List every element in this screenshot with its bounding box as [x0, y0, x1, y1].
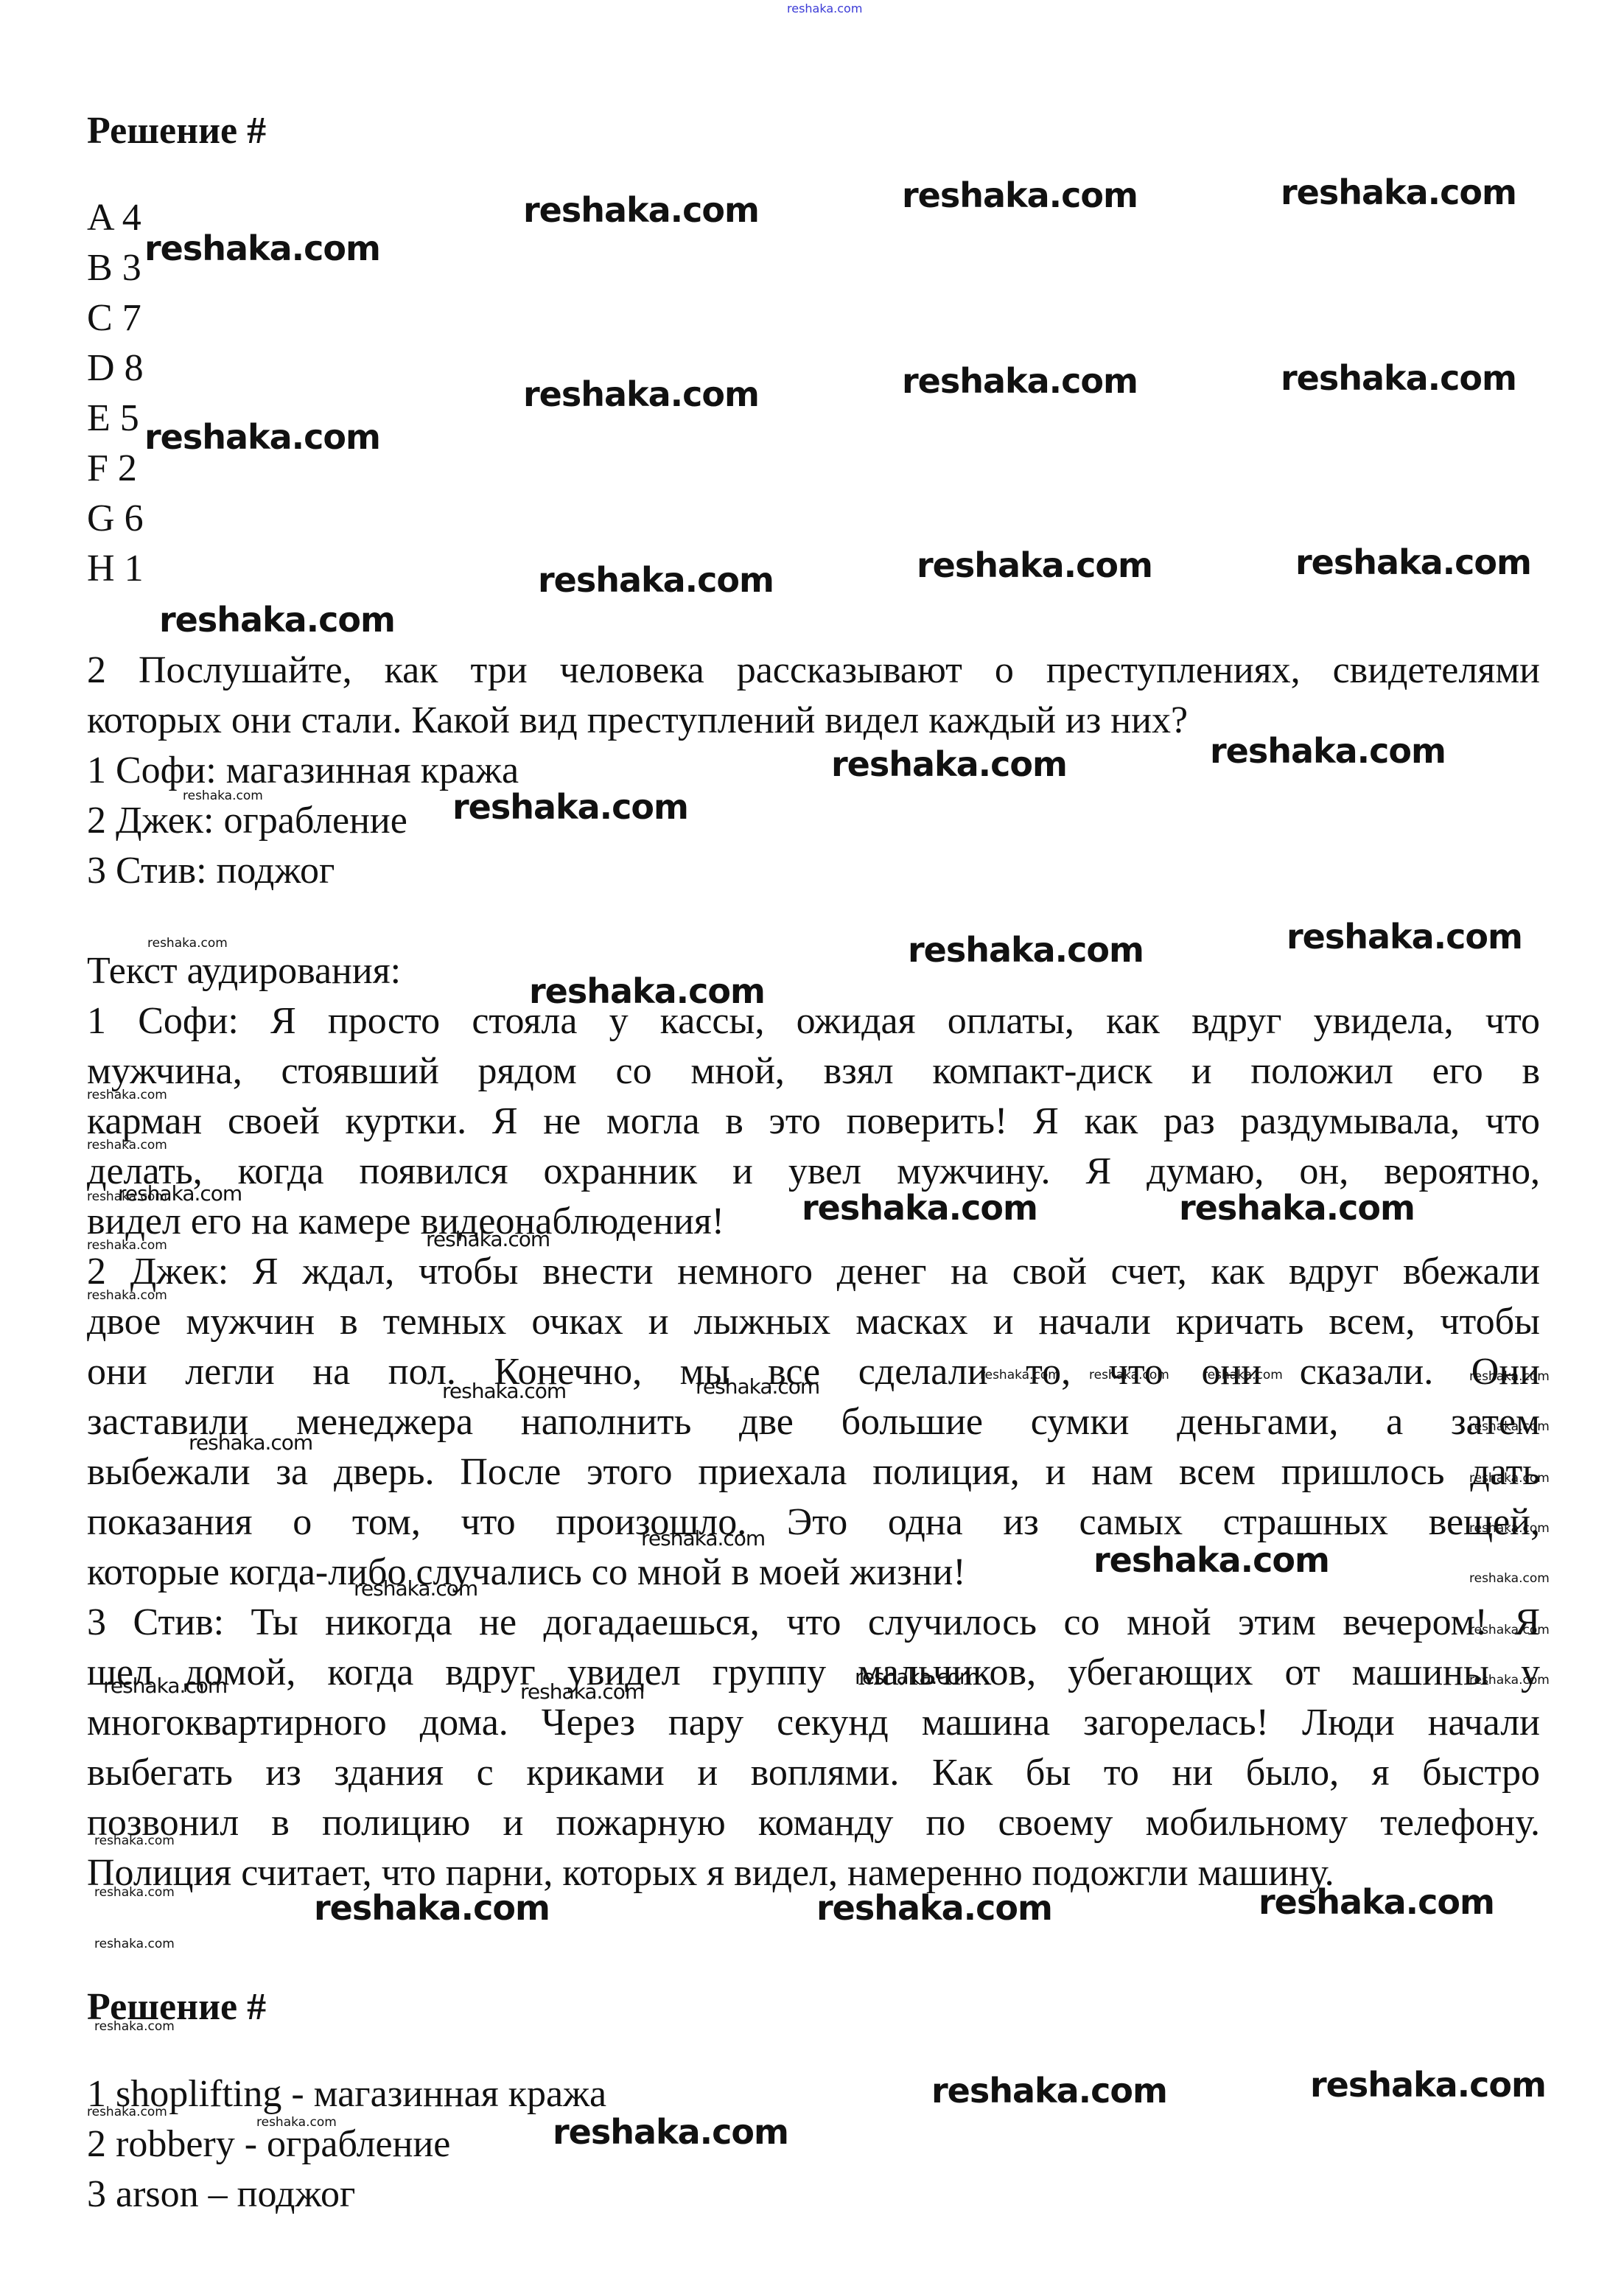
watermark: reshaka.com [520, 1682, 644, 1702]
watermark: reshaka.com [144, 231, 380, 265]
watermark: reshaka.com [553, 2115, 788, 2149]
watermark: reshaka.com [94, 1887, 175, 1899]
watermark: reshaka.com [183, 790, 263, 803]
section2-answer: 3 arson – поджог [87, 2175, 355, 2214]
watermark: reshaka.com [1210, 734, 1446, 768]
watermark: reshaka.com [118, 1184, 242, 1204]
watermark: reshaka.com [641, 1528, 765, 1549]
document-page: reshaka.com Решение # A 4 B 3 C 7 D 8 E … [0, 0, 1624, 2283]
watermark: reshaka.com [908, 933, 1144, 967]
answer-item: G 6 [87, 500, 144, 538]
task2-answer: 3 Стив: поджог [87, 852, 335, 890]
task2-answer: 2 Джек: ограбление [87, 802, 407, 840]
watermark: reshaka.com [1093, 1543, 1329, 1577]
watermark: reshaka.com [1469, 1573, 1550, 1585]
watermark: reshaka.com [1310, 2068, 1546, 2102]
watermark: reshaka.com [1469, 1371, 1550, 1383]
answer-item: A 4 [87, 199, 141, 237]
watermark: reshaka.com [1089, 1369, 1169, 1382]
watermark: reshaka.com [1281, 175, 1516, 209]
watermark: reshaka.com [816, 1891, 1052, 1925]
watermark: reshaka.com [523, 377, 759, 411]
listening-line: Полиция считает, что парни, которых я ви… [87, 1854, 1334, 1892]
task2-instruction-line: которых они стали. Какой вид преступлени… [87, 702, 1188, 740]
listening-line: показания о том, что произошло. Это одна… [87, 1503, 1540, 1542]
listening-line: которые когда-либо случались со мной в м… [87, 1553, 966, 1592]
listening-line: делать, когда появился охранник и увел м… [87, 1153, 1540, 1191]
watermark: reshaka.com [538, 563, 774, 597]
task2-instruction-line: 2 Послушайте, как три человека рассказыв… [87, 651, 1540, 690]
listening-line: видел его на камере видеонаблюдения! [87, 1203, 724, 1241]
watermark: reshaka.com [1469, 1624, 1550, 1637]
watermark: reshaka.com [144, 420, 380, 454]
watermark: reshaka.com [442, 1381, 566, 1402]
watermark: reshaka.com [87, 1240, 167, 1252]
watermark: reshaka.com [87, 2106, 167, 2119]
answer-item: F 2 [87, 450, 137, 488]
listening-line: 3 Стив: Ты никогда не догадаешься, что с… [87, 1604, 1540, 1642]
watermark: reshaka.com [94, 2021, 175, 2033]
watermark: reshaka.com [256, 2116, 337, 2129]
answer-item: B 3 [87, 249, 141, 287]
watermark: reshaka.com [426, 1229, 550, 1250]
answer-item: C 7 [87, 299, 141, 338]
watermark: reshaka.com [696, 1377, 819, 1397]
watermark: reshaka.com [1179, 1191, 1415, 1225]
watermark: reshaka.com [1469, 1421, 1550, 1433]
listening-line: 1 Софи: Я просто стояла у кассы, ожидая … [87, 1002, 1540, 1041]
watermark: reshaka.com [802, 1191, 1037, 1225]
watermark: reshaka.com [94, 1938, 175, 1951]
watermark: reshaka.com [855, 1667, 979, 1688]
watermark: reshaka.com [1469, 1674, 1550, 1687]
answer-item: D 8 [87, 349, 144, 388]
answer-item: E 5 [87, 399, 139, 438]
watermark: reshaka.com [523, 193, 759, 227]
listening-line: выбегать из здания с криками и воплями. … [87, 1754, 1540, 1792]
watermark: reshaka.com [931, 2074, 1167, 2108]
listening-title: Текст аудирования: [87, 952, 401, 990]
listening-line: позвонил в полицию и пожарную команду по… [87, 1804, 1540, 1842]
answer-item: H 1 [87, 550, 144, 588]
watermark: reshaka.com [831, 747, 1067, 781]
listening-line: карман своей куртки. Я не могла в это по… [87, 1102, 1540, 1141]
section1-heading: Решение # [87, 112, 266, 150]
section2-answer: 2 robbery - ограбление [87, 2125, 450, 2164]
watermark: reshaka.com [87, 1290, 167, 1302]
watermark: reshaka.com [354, 1578, 477, 1599]
listening-line: мужчина, стоявший рядом со мной, взял ко… [87, 1052, 1540, 1091]
watermark: reshaka.com [189, 1433, 312, 1453]
watermark: reshaka.com [529, 974, 765, 1008]
watermark: reshaka.com [87, 1089, 167, 1102]
watermark: reshaka.com [902, 178, 1138, 212]
watermark: reshaka.com [1287, 920, 1522, 954]
watermark: reshaka.com [1469, 1522, 1550, 1535]
watermark: reshaka.com [94, 1835, 175, 1847]
watermark: reshaka.com [159, 603, 395, 637]
watermark: reshaka.com [1469, 1472, 1550, 1485]
watermark: reshaka.com [452, 790, 688, 824]
watermark: reshaka.com [147, 937, 228, 950]
watermark: reshaka.com [1295, 545, 1531, 579]
watermark: reshaka.com [902, 364, 1138, 398]
header-watermark: reshaka.com [787, 3, 862, 15]
listening-line: шел домой, когда вдруг увидел группу мал… [87, 1654, 1540, 1692]
watermark: reshaka.com [314, 1891, 550, 1925]
watermark: reshaka.com [1259, 1885, 1494, 1919]
watermark: reshaka.com [103, 1676, 227, 1696]
watermark: reshaka.com [1203, 1369, 1283, 1382]
watermark: reshaka.com [1281, 361, 1516, 395]
watermark: reshaka.com [87, 1139, 167, 1152]
watermark: reshaka.com [917, 548, 1152, 582]
watermark: reshaka.com [980, 1369, 1060, 1382]
task2-answer: 1 Софи: магазинная кража [87, 752, 519, 790]
listening-line: выбежали за дверь. После этого приехала … [87, 1453, 1540, 1492]
listening-line: двое мужчин в темных очках и лыжных маск… [87, 1303, 1540, 1341]
listening-line: 2 Джек: Я ждал, чтобы внести немного ден… [87, 1253, 1540, 1291]
listening-line: многоквартирного дома. Через пару секунд… [87, 1704, 1540, 1742]
